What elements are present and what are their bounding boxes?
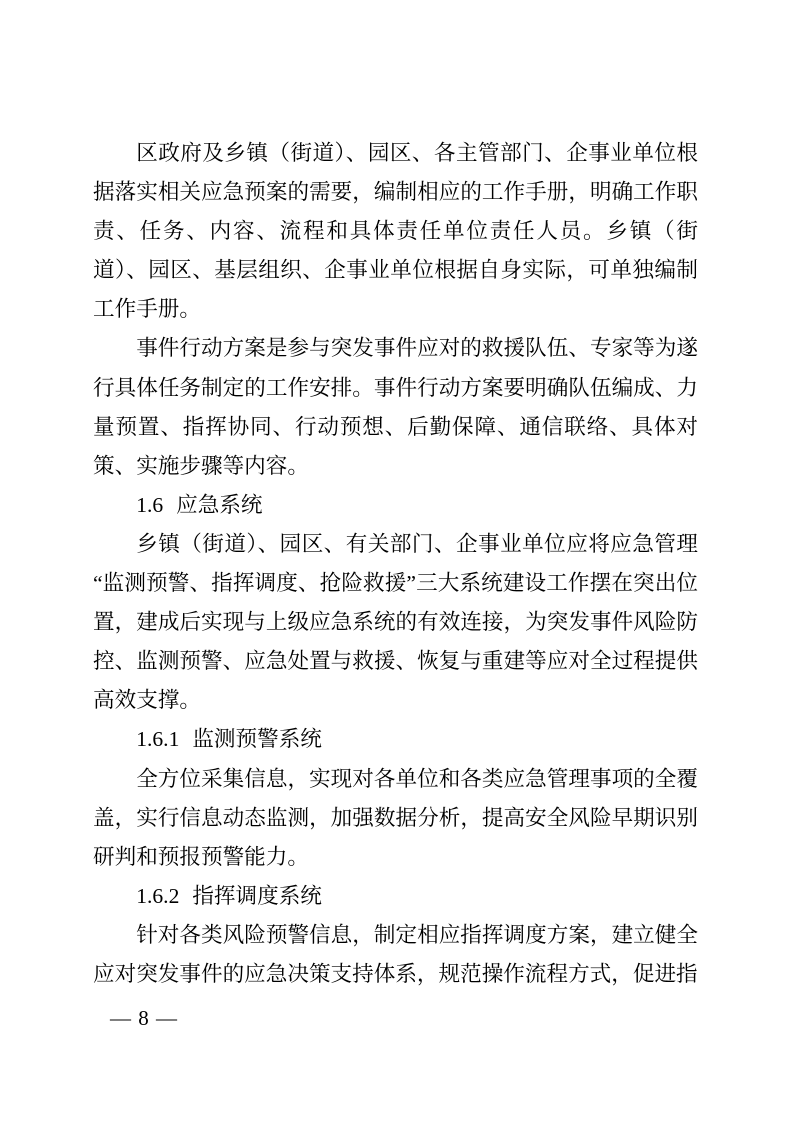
paragraph-work-manual: 区政府及乡镇（街道）、园区、各主管部门、企事业单位根据落实相关应急预案的需要，编… <box>93 134 698 329</box>
paragraph-monitoring-warning: 全方位采集信息，实现对各单位和各类应急管理事项的全覆盖，实行信息动态监测，加强数… <box>93 760 698 877</box>
paragraph-three-systems: 乡镇（街道）、园区、有关部门、企事业单位应将应急管理“监测预警、指挥调度、抢险救… <box>93 525 698 720</box>
section-heading-1-6-emergency-system: 1.6 应急系统 <box>93 486 698 525</box>
document-page: 区政府及乡镇（街道）、园区、各主管部门、企事业单位根据落实相关应急预案的需要，编… <box>0 0 793 1122</box>
page-number: — 8 — <box>110 1003 178 1033</box>
section-heading-1-6-2-command-dispatch-system: 1.6.2 指挥调度系统 <box>93 877 698 916</box>
paragraph-action-plan: 事件行动方案是参与突发事件应对的救援队伍、专家等为遂行具体任务制定的工作安排。事… <box>93 329 698 485</box>
document-body: 区政府及乡镇（街道）、园区、各主管部门、企事业单位根据落实相关应急预案的需要，编… <box>93 134 698 994</box>
paragraph-command-dispatch: 针对各类风险预警信息，制定相应指挥调度方案，建立健全应对突发事件的应急决策支持体… <box>93 916 698 994</box>
section-heading-1-6-1-monitoring-warning-system: 1.6.1 监测预警系统 <box>93 720 698 759</box>
